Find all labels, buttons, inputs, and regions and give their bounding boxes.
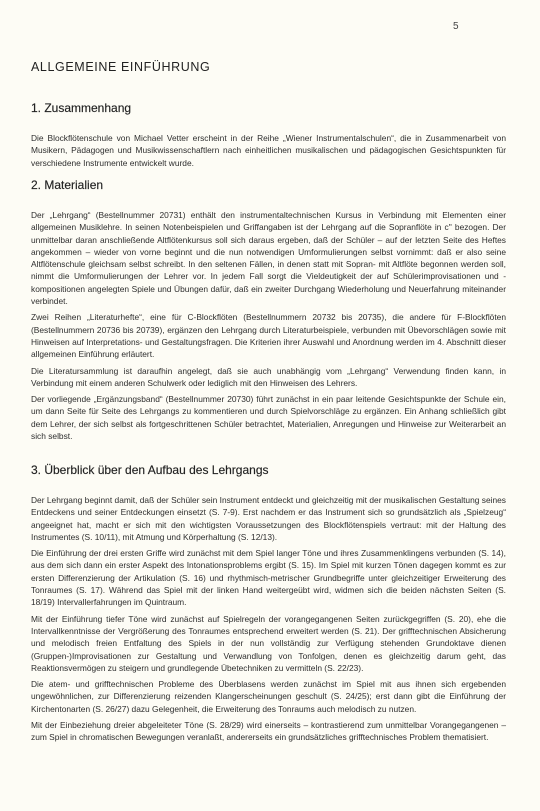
paragraph: Die Literatursammlung ist daraufhin ange… xyxy=(31,365,506,390)
section-materialien: 2. Materialien Der „Lehrgang“ (Bestellnu… xyxy=(31,178,506,446)
paragraph: Der Lehrgang beginnt damit, daß der Schü… xyxy=(31,494,506,543)
paragraph: Der vorliegende „Ergänzungsband“ (Bestel… xyxy=(31,393,506,442)
paragraph: Der „Lehrgang“ (Bestellnummer 20731) ent… xyxy=(31,209,506,307)
section-ueberblick: 3. Überblick über den Aufbau des Lehrgan… xyxy=(31,463,506,748)
paragraph: Die Blockflötenschule von Michael Vetter… xyxy=(31,132,506,169)
page-number: 5 xyxy=(453,21,459,32)
paragraph: Mit der Einführung tiefer Töne wird zunä… xyxy=(31,613,506,674)
page-title: ALLGEMEINE EINFÜHRUNG xyxy=(31,60,210,74)
paragraph: Die atem- und grifftechnischen Probleme … xyxy=(31,678,506,715)
paragraph: Zwei Reihen „Literaturhefte“, eine für C… xyxy=(31,311,506,360)
paragraph: Mit der Einbeziehung dreier abgeleiteter… xyxy=(31,719,506,744)
paragraph: Die Einführung der drei ersten Griffe wi… xyxy=(31,547,506,608)
section-zusammenhang: 1. Zusammenhang Die Blockflötenschule vo… xyxy=(31,101,506,173)
section-heading: 2. Materialien xyxy=(31,178,506,192)
section-heading: 3. Überblick über den Aufbau des Lehrgan… xyxy=(31,463,506,477)
section-heading: 1. Zusammenhang xyxy=(31,101,506,115)
